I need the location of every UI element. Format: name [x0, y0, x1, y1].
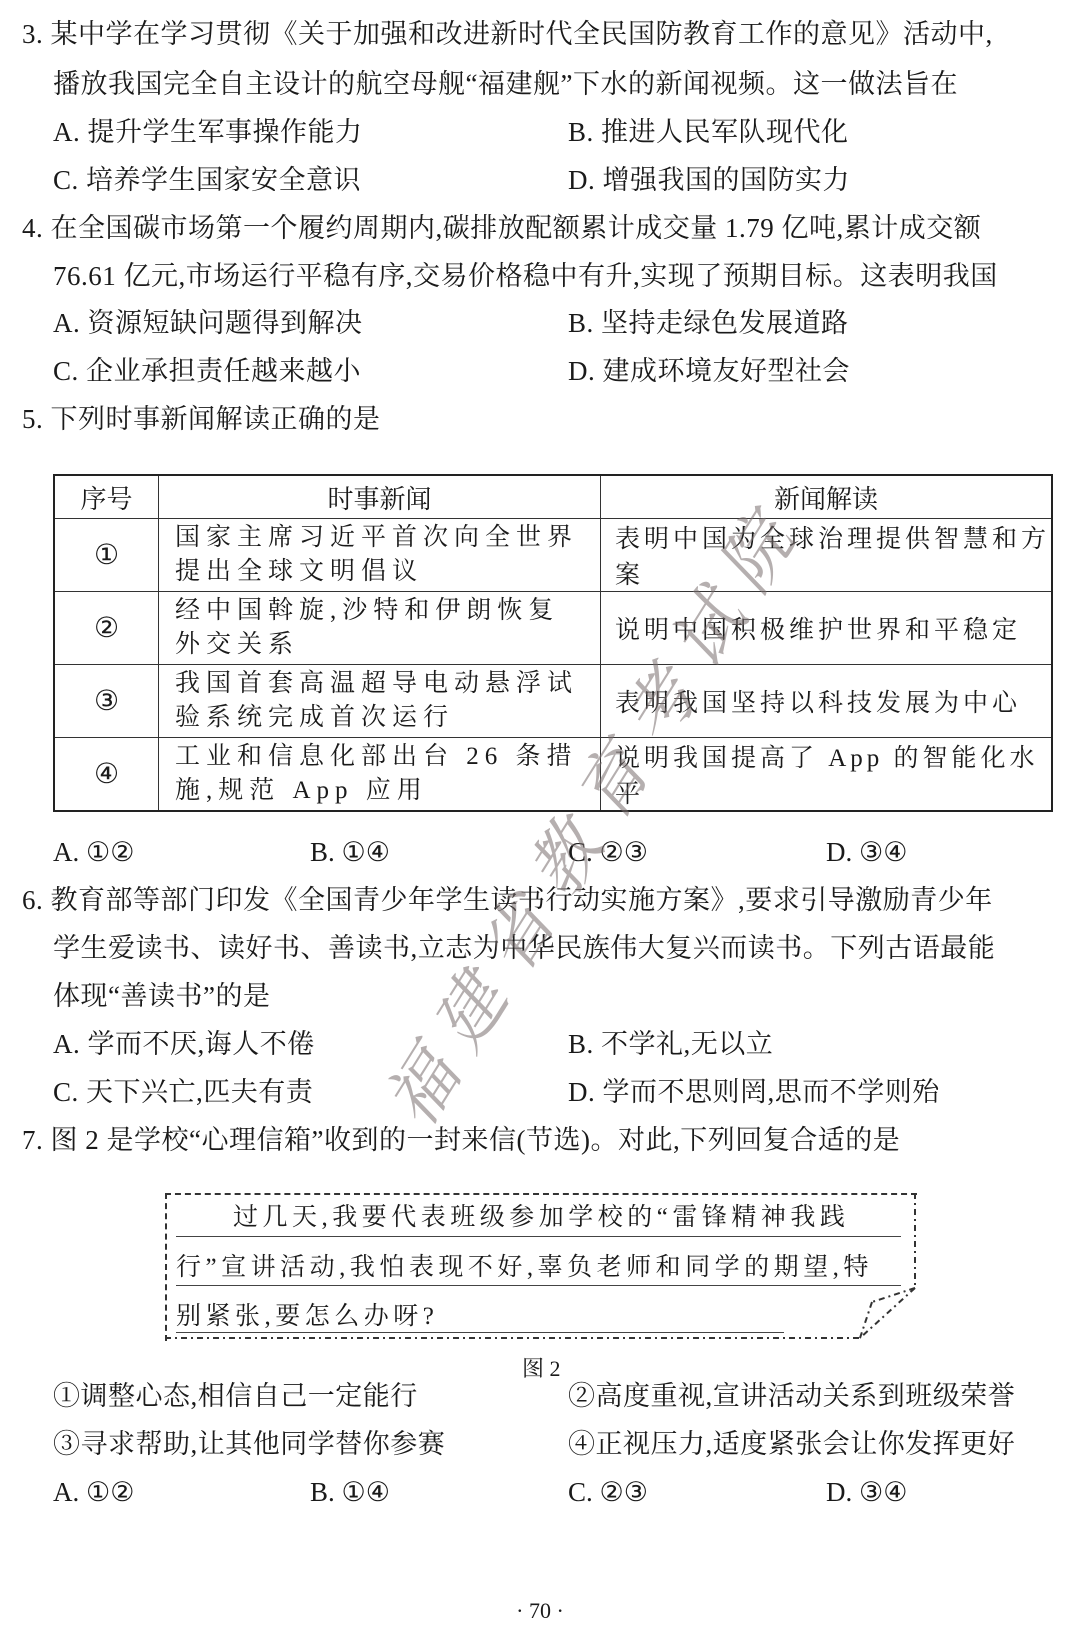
q4-stem-line1: 4. 在全国碳市场第一个履约周期内,碳排放配额累计成交量 1.79 亿吨,累计成… — [22, 212, 981, 244]
q7-option-c: C. ②③ — [568, 1476, 648, 1508]
q6-option-a: A. 学而不厌,诲人不倦 — [53, 1028, 315, 1060]
q7-option-d: D. ③④ — [826, 1476, 907, 1508]
letter-rule — [176, 1285, 901, 1286]
row-number: ③ — [54, 665, 159, 738]
news-line1: 工业和信息化部出台 26 条措 — [175, 740, 590, 774]
q6-stem-line2: 学生爱读书、读好书、善读书,立志为中华民族伟大复兴而读书。下列古语最能 — [53, 932, 995, 964]
letter-rule — [176, 1332, 784, 1333]
q3-option-d: D. 增强我国的国防实力 — [568, 164, 850, 196]
row-news: 经中国斡旋,沙特和伊朗恢复 外交关系 — [159, 592, 601, 665]
news-line2: 施,规范 App 应用 — [175, 774, 590, 808]
news-line1: 我国首套高温超导电动悬浮试 — [175, 667, 590, 701]
table-row: ① 国家主席习近平首次向全世界 提出全球文明倡议 表明中国为全球治理提供智慧和方… — [54, 519, 1052, 592]
q6-stem-line1: 6. 教育部等部门印发《全国青少年学生读书行动实施方案》,要求引导激励青少年 — [22, 884, 993, 916]
table-header-row: 序号 时事新闻 新闻解读 — [54, 475, 1052, 519]
q7-stem: 7. 图 2 是学校“心理信箱”收到的一封来信(节选)。对此,下列回复合适的是 — [22, 1124, 900, 1156]
header-number: 序号 — [54, 475, 159, 519]
row-reading: 表明我国坚持以科技发展为中心 — [601, 665, 1053, 738]
figure-caption: 图 2 — [522, 1352, 561, 1383]
q3-stem-line1: 3. 某中学在学习贯彻《关于加强和改进新时代全民国防教育工作的意见》活动中, — [22, 18, 993, 50]
q3-stem-line2: 播放我国完全自主设计的航空母舰“福建舰”下水的新闻视频。这一做法旨在 — [53, 68, 958, 100]
row-news: 我国首套高温超导电动悬浮试 验系统完成首次运行 — [159, 665, 601, 738]
q3-option-b: B. 推进人民军队现代化 — [568, 116, 849, 148]
q5-option-d: D. ③④ — [826, 836, 907, 868]
q7-statement-4: ④正视压力,适度紧张会让你发挥更好 — [568, 1428, 1015, 1460]
news-line2: 验系统完成首次运行 — [175, 701, 590, 735]
q3-option-c: C. 培养学生国家安全意识 — [53, 164, 361, 196]
q4-option-a: A. 资源短缺问题得到解决 — [53, 307, 363, 339]
q7-statement-1: ①调整心态,相信自己一定能行 — [53, 1380, 418, 1412]
row-reading: 说明我国提高了 App 的智能化水平 — [601, 738, 1053, 812]
q6-stem-line3: 体现“善读书”的是 — [53, 980, 270, 1012]
row-reading: 说明中国积极维护世界和平稳定 — [601, 592, 1053, 665]
q7-option-a: A. ①② — [53, 1476, 134, 1508]
letter-rule — [176, 1236, 901, 1237]
news-line1: 经中国斡旋,沙特和伊朗恢复 — [175, 594, 590, 628]
q4-option-b: B. 坚持走绿色发展道路 — [568, 307, 849, 339]
table-row: ③ 我国首套高温超导电动悬浮试 验系统完成首次运行 表明我国坚持以科技发展为中心 — [54, 665, 1052, 738]
letter-line3: 别紧张,要怎么办呀? — [176, 1302, 438, 1332]
q5-option-c: C. ②③ — [568, 836, 648, 868]
news-line2: 提出全球文明倡议 — [175, 555, 590, 589]
row-number: ② — [54, 592, 159, 665]
q4-option-c: C. 企业承担责任越来越小 — [53, 355, 361, 387]
row-news: 工业和信息化部出台 26 条措 施,规范 App 应用 — [159, 738, 601, 812]
row-news: 国家主席习近平首次向全世界 提出全球文明倡议 — [159, 519, 601, 592]
q7-statement-2: ②高度重视,宣讲活动关系到班级荣誉 — [568, 1380, 1015, 1412]
q5-stem: 5. 下列时事新闻解读正确的是 — [22, 403, 381, 435]
news-line2: 外交关系 — [175, 628, 590, 662]
letter-line2: 行”宣讲活动,我怕表现不好,辜负老师和同学的期望,特 — [176, 1253, 873, 1283]
table-row: ④ 工业和信息化部出台 26 条措 施,规范 App 应用 说明我国提高了 Ap… — [54, 738, 1052, 812]
letter-line1: 过几天,我要代表班级参加学校的“雷锋精神我践 — [233, 1203, 849, 1233]
q6-option-d: D. 学而不思则罔,思而不学则殆 — [568, 1076, 940, 1108]
row-reading: 表明中国为全球治理提供智慧和方案 — [601, 519, 1053, 592]
header-reading: 新闻解读 — [601, 475, 1053, 519]
q6-option-c: C. 天下兴亡,匹夫有责 — [53, 1076, 313, 1108]
q4-stem-line2: 76.61 亿元,市场运行平稳有序,交易价格稳中有升,实现了预期目标。这表明我国 — [53, 260, 998, 292]
q7-statement-3: ③寻求帮助,让其他同学替你参赛 — [53, 1428, 445, 1460]
q5-option-b: B. ①④ — [310, 836, 390, 868]
q4-option-d: D. 建成环境友好型社会 — [568, 355, 850, 387]
row-number: ① — [54, 519, 159, 592]
q6-option-b: B. 不学礼,无以立 — [568, 1028, 773, 1060]
q5-option-a: A. ①② — [53, 836, 134, 868]
table-row: ② 经中国斡旋,沙特和伊朗恢复 外交关系 说明中国积极维护世界和平稳定 — [54, 592, 1052, 665]
news-table: 序号 时事新闻 新闻解读 ① 国家主席习近平首次向全世界 提出全球文明倡议 表明… — [53, 474, 1053, 812]
q3-option-a: A. 提升学生军事操作能力 — [53, 116, 363, 148]
header-news: 时事新闻 — [159, 475, 601, 519]
row-number: ④ — [54, 738, 159, 812]
q7-option-b: B. ①④ — [310, 1476, 390, 1508]
page-number: · 70 · — [0, 1598, 1080, 1624]
news-line1: 国家主席习近平首次向全世界 — [175, 521, 590, 555]
